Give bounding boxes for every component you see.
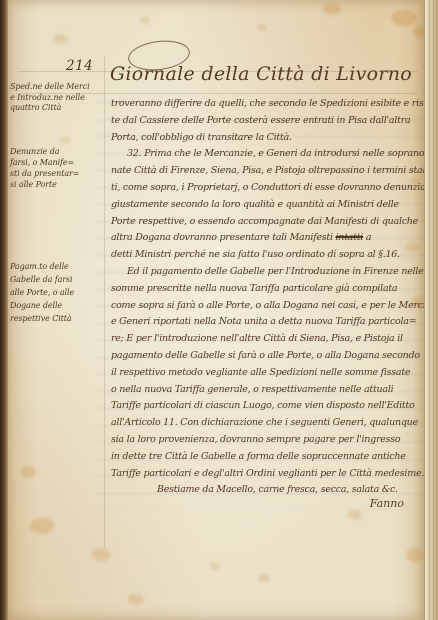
page-number: 214 [66,58,93,74]
manuscript-line: Porta, coll'obbligo di transitare la Cit… [111,130,424,147]
foxing-spot [406,548,424,562]
manuscript-line: nate Città di Firenze, Siena, Pisa, e Pi… [111,163,424,180]
foxing-spot [128,594,144,605]
margin-note-line: si alle Porte [10,179,103,190]
manuscript-line: Tariffe particolari e degl'altri Ordini … [111,466,424,483]
margin-note-line: quattro Città [10,103,103,114]
manuscript-line: Porte respettive, o essendo accompagnate… [111,214,424,231]
manuscript-line: il respettivo metodo vegliante alle Sped… [111,365,424,382]
margin-note-line: Denunzie da [10,146,103,157]
manuscript-line: all'Articolo 11. Con dichiarazione che i… [111,415,424,432]
manuscript-line: te dal Cassiere delle Porte costerà esse… [111,113,424,130]
next-page-fore-edge [424,0,438,620]
margin-note-line: Gabelle da farsi [10,273,103,286]
manuscript-line: sia la loro provenienza, dovranno sempre… [111,432,424,449]
foxing-spot [92,548,110,561]
manuscript-line: somme prescritte nella nuova Tariffa par… [111,281,424,298]
margin-note-line: farsi, o Manife= [10,157,103,168]
manuscript-text-block: troveranno differire da quelli, che seco… [111,96,424,499]
manuscript-line-with-correction: altra Dogana dovranno presentare tali Ma… [111,230,424,247]
page-edge-ridge [433,0,434,620]
manuscript-line: ti, come sopra, i Proprietarj, o Condutt… [111,180,424,197]
manuscript-line: re; E per l'introduzione nell'altre Citt… [111,331,424,348]
manuscript-page: 214 Giornale della Città di Livorno Sped… [8,0,424,620]
margin-note-line: Sped.ne delle Merci [10,82,103,93]
manuscript-line: o nella nuova Tariffa generale, o respet… [111,382,424,399]
margin-note-line: Pagam.to delle [10,260,103,273]
foxing-spot [53,34,68,44]
book-binding-gutter [0,0,8,620]
manuscript-line: e Generi riportati nella Nota unita a de… [111,314,424,331]
foxing-spot [20,466,36,478]
line-text: altra Dogana dovranno presentare tali Ma… [111,232,336,243]
manuscript-line: giustamente secondo la loro qualità e qu… [111,197,424,214]
margin-note-line: respettive Città [10,312,103,325]
margin-note-denunzie: Denunzie da farsi, o Manife= sti da pres… [10,146,103,190]
margin-note-shipments: Sped.ne delle Merci e Introduz.ne nelle … [10,82,103,114]
struck-out-word: intatti [336,232,364,243]
foxing-spot [60,136,70,144]
foxing-spot [30,518,54,534]
manuscript-line: pagamento delle Gabelle si farà o alle P… [111,348,424,365]
foxing-spot [391,10,417,26]
page-edge-ridge [429,0,430,620]
margin-note-line: alle Porte, o alle [10,286,103,299]
manuscript-line: in dette tre Città le Gabelle a forma de… [111,449,424,466]
manuscript-line: detti Ministri perché ne sia fatto l'uso… [111,247,424,264]
manuscript-line: troveranno differire da quelli, che seco… [111,96,424,113]
foxing-spot [323,3,341,15]
margin-note-line: e Introduz.ne nelle [10,93,103,104]
margin-note-pagamento: Pagam.to delle Gabelle da farsi alle Por… [10,260,103,325]
foxing-spot [348,510,362,520]
margin-note-line: Dogane delle [10,299,103,312]
margin-note-line: sti da presentar= [10,168,103,179]
line-text: a [363,232,371,243]
foxing-spot [258,574,270,583]
foxing-spot [210,562,220,570]
foxing-spot [258,24,267,31]
foxing-spot [413,26,424,38]
manuscript-line: come sopra si farà o alle Porte, o alla … [111,298,424,315]
manuscript-line: Tariffe particolari di ciascun Luogo, co… [111,398,424,415]
manuscript-line-section-32: 32. Prima che le Mercanzie, e Generi da … [111,146,424,163]
catchword: Fanno [370,497,404,510]
manuscript-scan: 214 Giornale della Città di Livorno Sped… [0,0,438,620]
manuscript-line: Ed il pagamento delle Gabelle per l'Intr… [111,264,424,281]
page-title: Giornale della Città di Livorno [106,63,416,85]
foxing-spot [140,16,150,24]
